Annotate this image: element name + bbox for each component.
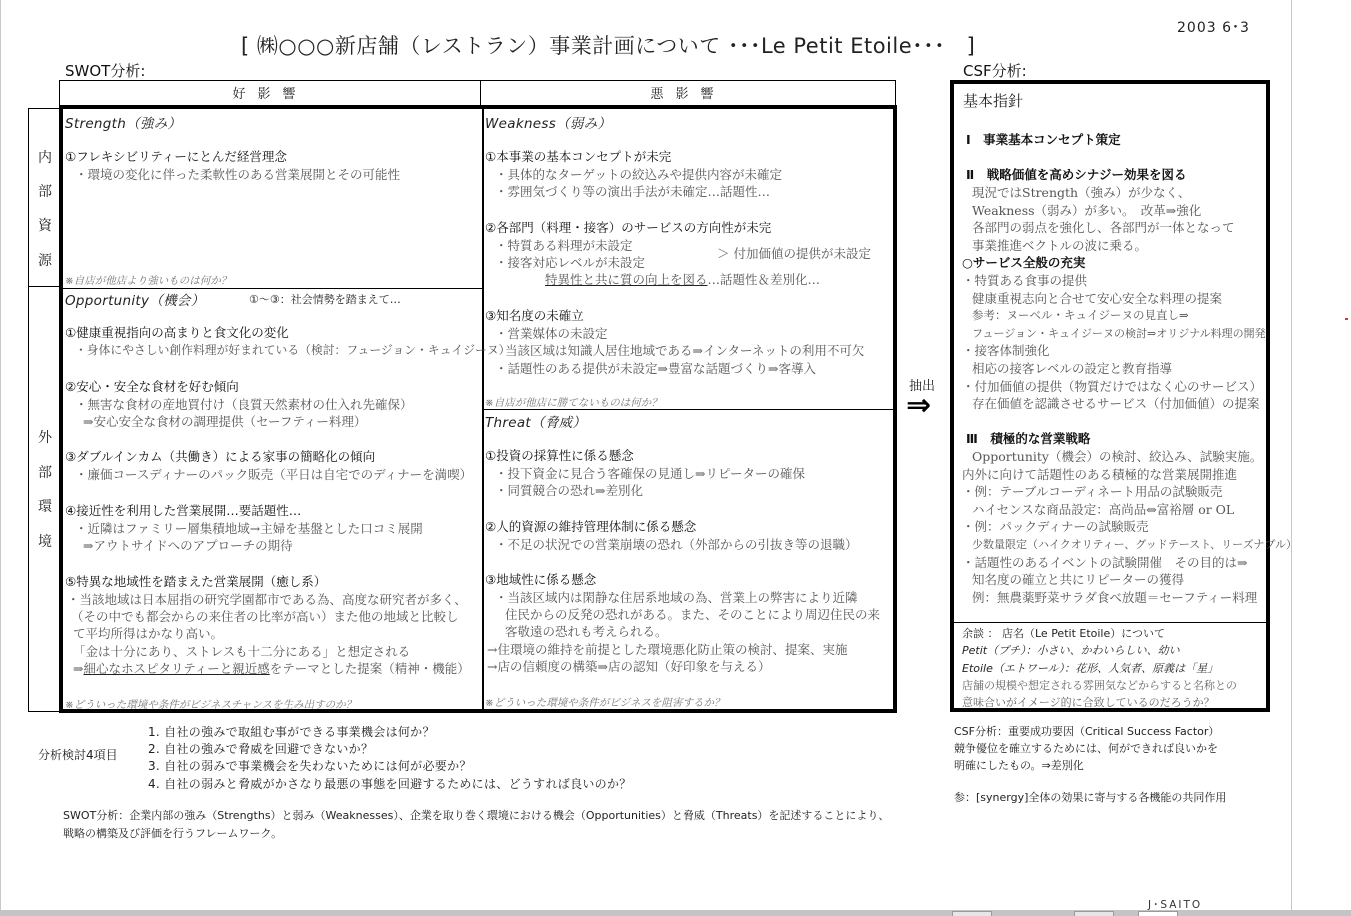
swot-definition: SWOT分析：企業内部の強み（Strengths）と弱み（Weaknesses）… [63,807,889,823]
stray-mark [1345,318,1348,320]
strength-item-line: ・環境の変化に伴った柔軟性のある営業展開とその可能性 [75,166,400,184]
document-title: [ ㈱○○○新店舗（レストラン）事業計画について ･･･Le Petit Eto… [241,30,975,60]
csf-title: 基本指針 [963,90,1023,111]
opportunity-item-title: ①健康重視指向の高まりと食文化の変化 [65,324,289,342]
threat-item-title: ①投資の採算性に係る懸念 [485,447,634,465]
csf-definition: 明確にしたもの。⇒差別化 [954,757,1084,773]
strength-item-title: ①フレキシビリティーにとんだ経営理念 [65,148,287,166]
strength-heading: Strength（強み） [65,112,181,132]
opportunity-item-line: ⇒安心安全な食材の調理提供（セーフティー料理） [83,413,366,431]
side-char: 外 [38,427,52,447]
opportunity-item-title: ④接近性を利用した営業展開…要話題性… [65,502,301,520]
weakness-item-line: ・特質ある料理が未設定 [495,237,633,255]
threat-item-line: ・同質競合の恐れ⇒差別化 [495,482,643,500]
threat-item-line: 客敬遠の恐れも考えられる。 [505,623,668,641]
csf-line: ・接客体制強化 [962,342,1050,360]
csf-line: ・特質ある食事の提供 [962,272,1087,290]
swot-definition: 戦略の構築及び評価を行うフレームワーク。 [63,825,282,841]
opportunity-item-line: ・身体にやさしい創作料理が好まれている（検討：フュージョン・キュイジーヌ） [75,342,510,360]
opportunity-item-line: ・近隣はファミリー層集積地域→主婦を基盤とした口コミ展開 [75,520,423,538]
aside-title: 余談 ： 店名（Le Petit Etoile）について [962,625,1165,643]
header-positive-impact: 好影響 [59,80,481,107]
quality-trail: …話題性＆差別化… [708,272,821,287]
csf-section-label: CSF分析: [963,60,1027,81]
opportunity-cell: Opportunity（機会） ①～③：社会情勢を踏まえて… ①健康重視指向の高… [65,289,479,709]
side-char: 内 [38,147,52,167]
arrow-prefix: ⇒ [73,661,83,676]
weakness-item-title: ①本事業の基本コンセプトが未完 [485,148,671,166]
opportunity-subnote: ①～③：社会情勢を踏まえて… [249,291,401,307]
threat-item-line: 住民からの反発の恐れがある。また、そのことにより周辺住民の来 [505,606,880,624]
threat-item-line: ・不足の状況での営業崩壊の恐れ（外部からの引抜き等の退職） [495,536,858,554]
csf-definition: CSF分析：重要成功要因（Critical Success Factor） [954,723,1219,739]
csf-box: 基本指針 Ⅰ 事業基本コンセプト策定 Ⅱ 戦略価値を高めシナジー効果を図る 現況… [950,80,1270,712]
checklist-item: 1. 自社の強みで取組む事ができる事業機会は何か？ [148,723,435,740]
csf-line: 知名度の確立と共にリピーターの獲得 [972,571,1184,589]
side-char: 部 [38,462,52,482]
checklist-item: 2. 自社の強みで脅威を回避できないか？ [148,740,373,757]
aside-comment: 店舗の規模や想定される雰囲気などからすると名称との [962,677,1237,695]
opportunity-item-title: ⑤特異な地域性を踏まえた営業展開（癒し系） [65,573,326,591]
sheet-tab[interactable] [952,911,992,916]
strength-note: ※自店が他店より強いものは何か？ [65,273,231,288]
csf-line: Ⅱ 戦略価値を高めシナジー効果を図る [966,166,1187,184]
swot-section-label: SWOT分析: [65,60,145,81]
weakness-item-line: ・話題性のある提供が未設定⇒豊富な話題づくり⇒客導入 [495,360,816,378]
csf-line: ・付加価値の提供（物質だけではなく心のサービス） [962,378,1262,396]
document-date: 2003 6･3 [1177,17,1250,37]
sheet-tab[interactable] [1074,911,1114,916]
opportunity-item-line: ・廉価コースディナーのパック販売（平日は自宅でのディナーを満喫） [75,466,472,484]
csf-line: ・例：テーブルコーディネート用品の試験販売 [962,483,1222,501]
opportunity-heading: Opportunity（機会） [65,289,205,309]
threat-item-line: ・投下資金に見合う客確保の見通し⇒リピーターの確保 [495,465,805,483]
csf-line: 相応の接客レベルの設定と教育指導 [972,360,1172,378]
weakness-note: ※自店が他店に勝てないものは何か？ [485,395,662,410]
csf-line: 事業推進ベクトルの波に乗る。 [972,237,1147,255]
csf-line: Weakness（弱み）が多い。 改革⇒強化 [972,202,1201,220]
opportunity-note: ※どういった環境や条件がビジネスチャンスを生み出すのか？ [65,697,356,712]
right-double-arrow-icon: ⇒ [906,388,931,423]
weakness-item-line: 当該区域は知識人居住地域である⇒インターネットの利用不可欠 [505,342,864,360]
opportunity-item-title: ③ダブルインカム（共働き）による家事の簡略化の傾向 [65,448,375,466]
csf-line: 少数量限定（ハイクオリティー、グッドテースト、リーズナブル） [972,536,1297,554]
horizontal-scrollbar[interactable] [0,910,1351,916]
csf-line: ・話題性のあるイベントの試験開催 その目的は⇒ [962,554,1247,572]
csf-line: 健康重視志向と合せて安心安全な料理の提案 [972,290,1222,308]
csf-definition: 競争優位を確立するためには、何ができれば良いかを [954,740,1218,756]
csf-line: ・例：パックディナーの試験販売 [962,518,1149,536]
checklist-item: 4. 自社の弱みと脅威がかさなり最悪の事態を回避するためには、どうすれば良いのか… [148,775,632,792]
weakness-heading: Weakness（弱み） [485,112,611,132]
header-negative-impact: 悪影響 [480,80,896,107]
csf-line: 例：無農薬野菜サラダ食べ放題＝セーフティー料理 [972,589,1257,607]
opportunity-item-line: て平均所得はかなり高い。 [73,625,223,643]
aside-comment: 意味合いがイメージ的に合致しているのだろうか？ [962,694,1215,712]
opportunity-item-line: 「金は十分にあり、ストレスも十二分にある」と想定される [73,643,410,661]
csf-line: フュージョン・キュイジーヌの検討⇒オリジナル料理の開発 [972,325,1266,343]
side-char: 境 [38,531,52,551]
document-page: [ ㈱○○○新店舗（レストラン）事業計画について ･･･Le Petit Eto… [0,0,1292,910]
synergy-note: 参：[synergy]全体の効果に寄与する各機能の共同作用 [954,789,1226,805]
csf-line: 各部門の弱点を強化し、各部門が一体となって [972,219,1235,237]
underlined-theme: 細心なホスピタリティーと親近感 [83,661,269,676]
strength-cell: Strength（強み） ①フレキシビリティーにとんだ経営理念 ・環境の変化に伴… [65,111,479,287]
side-char: 資 [38,215,52,235]
theme-suffix: をテーマとした提案（精神・機能） [270,661,470,676]
weakness-cell: Weakness（弱み） ①本事業の基本コンセプトが未完 ・具体的なターゲットの… [485,111,895,408]
weakness-item-line: ・営業媒体の未設定 [495,325,608,343]
swot-grid: Strength（強み） ①フレキシビリティーにとんだ経営理念 ・環境の変化に伴… [59,105,897,713]
weakness-item-line: 特異性と共に質の向上を図る…話題性＆差別化… [545,271,820,289]
sheet-tab-active[interactable] [1138,911,1178,916]
threat-item-line: ・当該区域内は閑静な住居系地域の為、営業上の弊害により近隣 [495,589,858,607]
threat-item-title: ②人的資源の維持管理体制に係る懸念 [485,518,696,536]
threat-heading: Threat（脅威） [485,411,586,431]
aside-etoile: Etoile（エトワール）：花形、人気者、原義は「星」 [962,660,1218,678]
threat-note: ※どういった環境や条件がビジネスを阻害するか？ [485,695,724,710]
csf-line: 内外に向けて話題性のある積極的な営業展開推進 [962,466,1237,484]
opportunity-item-line: ⇒細心なホスピタリティーと親近感をテーマとした提案（精神・機能） [73,660,470,678]
side-char: 環 [38,496,52,516]
csf-line: 存在価値を認識させるサービス（付加価値）の提案 [972,395,1260,413]
opportunity-item-line: ⇒アウトサイドへのアプローチの期待 [83,537,293,555]
csf-line: Ⅲ 積極的な営業戦略 [966,430,1090,448]
checklist-label: 分析検討4項目 [38,746,118,763]
side-char: 部 [38,181,52,201]
weakness-item-line: ・具体的なターゲットの絞込みや提供内容が未確定 [495,166,782,184]
csf-line: ハイセンスな商品設定：高尚品⇔富裕層 or OL [972,501,1234,519]
weakness-item-title: ②各部門（料理・接客）のサービスの方向性が未完 [485,219,771,237]
csf-line: Ⅰ 事業基本コンセプト策定 [966,131,1121,149]
csf-line: 現況ではStrength（強み）が少なく、 [972,184,1190,202]
weakness-item-title: ③知名度の未確立 [485,307,584,325]
csf-divider [954,622,1266,623]
checklist-item: 3. 自社の弱みで事業機会を失わないためには何が必要か？ [148,757,472,774]
opportunity-item-line: ・無害な食材の産地買付け（良質天然素材の仕入れ先確保） [75,396,413,414]
threat-item-line: →住環境の維持を前提とした環境悪化防止策の検討、提案、実施 [487,641,847,659]
side-char: 源 [38,250,52,270]
side-label-internal: 内 部 資 源 [28,108,60,287]
side-label-external: 外 部 環 境 [28,287,60,712]
weakness-bracket-note: ＞ 付加価値の提供が未設定 [717,245,871,263]
threat-item-line: →店の信頼度の構築⇒店の認知（好印象を与える） [487,658,770,676]
aside-petit: Petit（プチ）：小さい、かわいらしい、幼い [962,642,1180,660]
csf-line: 参考：ヌーベル・キュイジーヌの見直し⇒ [972,307,1189,325]
csf-line: Opportunity（機会）の検討、絞込み、試験実施。 [972,448,1262,466]
opportunity-item-line: （その中でも都会からの来住者の比率が高い）また他の地域と比較し [71,608,459,626]
threat-item-title: ③地域性に係る懸念 [485,571,596,589]
opportunity-item-title: ②安心・安全な食材を好む傾向 [65,378,239,396]
opportunity-item-line: ・当該地域は日本屈指の研究学園都市である為、高度な研究者が多く、 [67,591,467,609]
weakness-item-line: ・雰囲気づくり等の演出手法が未確定…話題性… [495,183,770,201]
weakness-item-line: ・接客対応レベルが未設定 [495,254,645,272]
threat-cell: Threat（脅威） ①投資の採算性に係る懸念 ・投下資金に見合う客確保の見通し… [485,411,895,709]
underlined-quality: 特異性と共に質の向上を図る [545,272,708,287]
csf-line: ○サービス全般の充実 [962,254,1085,272]
